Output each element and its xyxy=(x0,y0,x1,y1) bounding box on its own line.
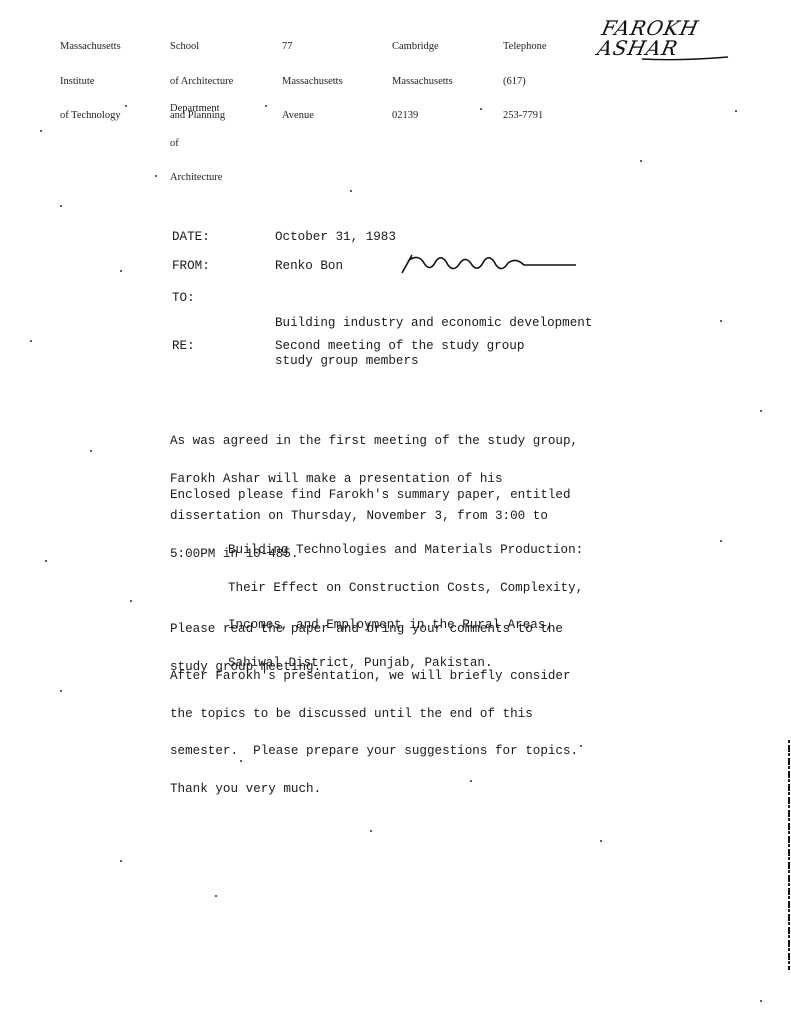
body-line: After Farokh's presentation, we will bri… xyxy=(170,670,578,683)
scan-speck xyxy=(240,760,242,762)
from-value: Renko Bon xyxy=(275,260,343,273)
scan-speck xyxy=(735,110,737,112)
body-line: semester. Please prepare your suggestion… xyxy=(170,745,578,758)
scan-speck xyxy=(90,450,92,452)
city-line-2: Massachusetts xyxy=(392,76,453,88)
paragraph-enclosed: Enclosed please find Farokh's summary pa… xyxy=(170,489,571,502)
street-line-3: Avenue xyxy=(282,110,343,122)
paper-title-line: Their Effect on Construction Costs, Comp… xyxy=(228,582,583,595)
paragraph-topics: After Farokh's presentation, we will bri… xyxy=(170,645,578,820)
scan-speck xyxy=(350,190,352,192)
scan-speck xyxy=(480,108,482,110)
street-line-2: Massachusetts xyxy=(282,76,343,88)
body-line: As was agreed in the first meeting of th… xyxy=(170,435,578,448)
institution-line-3: of Technology xyxy=(60,110,121,122)
paper-title-line: Building Technologies and Materials Prod… xyxy=(228,544,583,557)
school-line-1: School xyxy=(170,41,233,53)
scan-speck xyxy=(760,410,762,412)
institution-line-1: Massachusetts xyxy=(60,41,121,53)
memo-page: Massachusetts Institute of Technology Sc… xyxy=(0,0,791,1024)
re-label: RE: xyxy=(172,340,195,353)
scan-speck xyxy=(30,340,32,342)
scan-speck xyxy=(130,600,132,602)
street-line-1: 77 xyxy=(282,41,343,53)
body-line: Please read the paper and bring your com… xyxy=(170,623,563,636)
scan-speck xyxy=(720,540,722,542)
telephone-line-2: (617) xyxy=(503,76,547,88)
to-value-line-1: Building industry and economic developme… xyxy=(275,317,592,330)
scan-speck xyxy=(760,1000,762,1002)
scan-speck xyxy=(60,690,62,692)
scan-speck xyxy=(470,780,472,782)
body-line: Farokh Ashar will make a presentation of… xyxy=(170,473,578,486)
department-line-3: Architecture xyxy=(170,172,222,184)
institution-line-2: Institute xyxy=(60,76,121,88)
re-value: Second meeting of the study group xyxy=(275,340,524,353)
letterhead-street: 77 Massachusetts Avenue xyxy=(282,18,343,145)
handwritten-name: FAROKH ASHAR xyxy=(596,18,701,58)
telephone-line-3: 253-7791 xyxy=(503,110,547,122)
city-line-3: 02139 xyxy=(392,110,453,122)
body-line: Thank you very much. xyxy=(170,783,578,796)
scan-speck xyxy=(265,105,267,107)
scan-speck xyxy=(600,840,602,842)
scan-speck xyxy=(60,205,62,207)
department-line-1: Department xyxy=(170,103,222,115)
signature-icon xyxy=(398,251,578,277)
from-label: FROM: xyxy=(172,260,210,273)
scan-speck xyxy=(45,560,47,562)
handwritten-underline-icon xyxy=(640,54,730,62)
scan-speck xyxy=(370,830,372,832)
date-label: DATE: xyxy=(172,231,210,244)
scan-speck xyxy=(155,175,157,177)
scan-speck xyxy=(120,860,122,862)
city-line-1: Cambridge xyxy=(392,41,453,53)
to-label: TO: xyxy=(172,292,195,305)
scan-speck xyxy=(40,130,42,132)
body-line: the topics to be discussed until the end… xyxy=(170,708,578,721)
scan-speck xyxy=(720,320,722,322)
letterhead-telephone: Telephone (617) 253-7791 xyxy=(503,18,547,145)
to-value-line-2: study group members xyxy=(275,355,592,368)
scan-speck xyxy=(120,270,122,272)
date-value: October 31, 1983 xyxy=(275,231,396,244)
department-line-2: of xyxy=(170,138,222,150)
handwritten-name-line-1: FAROKH xyxy=(600,18,701,38)
scan-speck xyxy=(640,160,642,162)
scan-speck xyxy=(125,105,127,107)
scan-speck xyxy=(580,745,582,747)
scan-edge-artifact xyxy=(788,740,790,970)
letterhead-department: Department of Architecture xyxy=(170,80,222,207)
telephone-line-1: Telephone xyxy=(503,41,547,53)
letterhead-city: Cambridge Massachusetts 02139 xyxy=(392,18,453,145)
scan-speck xyxy=(215,895,217,897)
letterhead-institution: Massachusetts Institute of Technology xyxy=(60,18,121,145)
